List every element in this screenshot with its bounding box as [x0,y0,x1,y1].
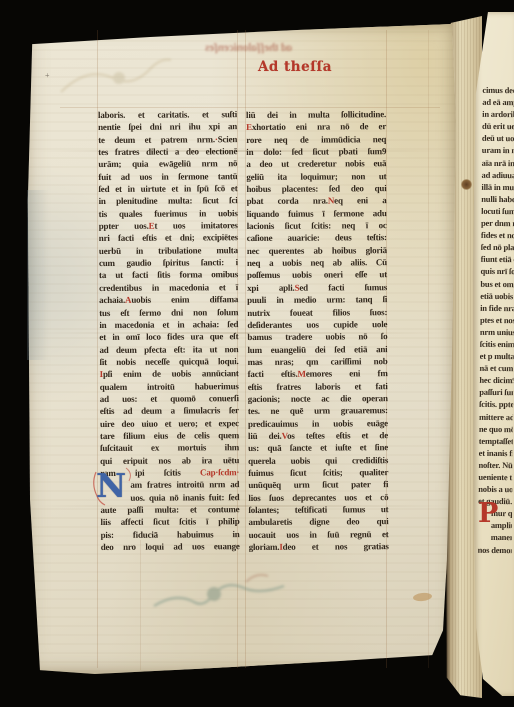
bleedthrough-flourish-icon [150,568,290,618]
plus-mark: + [45,71,50,80]
drop-cap-initial-n: N [96,469,126,502]
ruling-line [428,30,429,668]
wormhole-spot [461,179,472,190]
text-column-right: liū dei in multa ſollicitudine.Exhortati… [246,108,389,553]
ruling-line [140,540,141,670]
parchment-stain [27,190,49,360]
manuscript-photo: cimus deo ſiad eā amplectin ardoribusdū … [0,0,514,707]
running-title: Ad theſſa [240,59,350,75]
faded-inscription: ad theſſalonicenſes [171,42,292,54]
bleedthrough-flourish-icon [55,52,175,107]
parchment-crease [30,150,450,152]
facing-page-initial-p: P [478,500,498,527]
facing-page-text: cimus deo ſiad eā amplectin ardoribusdū … [477,84,514,564]
